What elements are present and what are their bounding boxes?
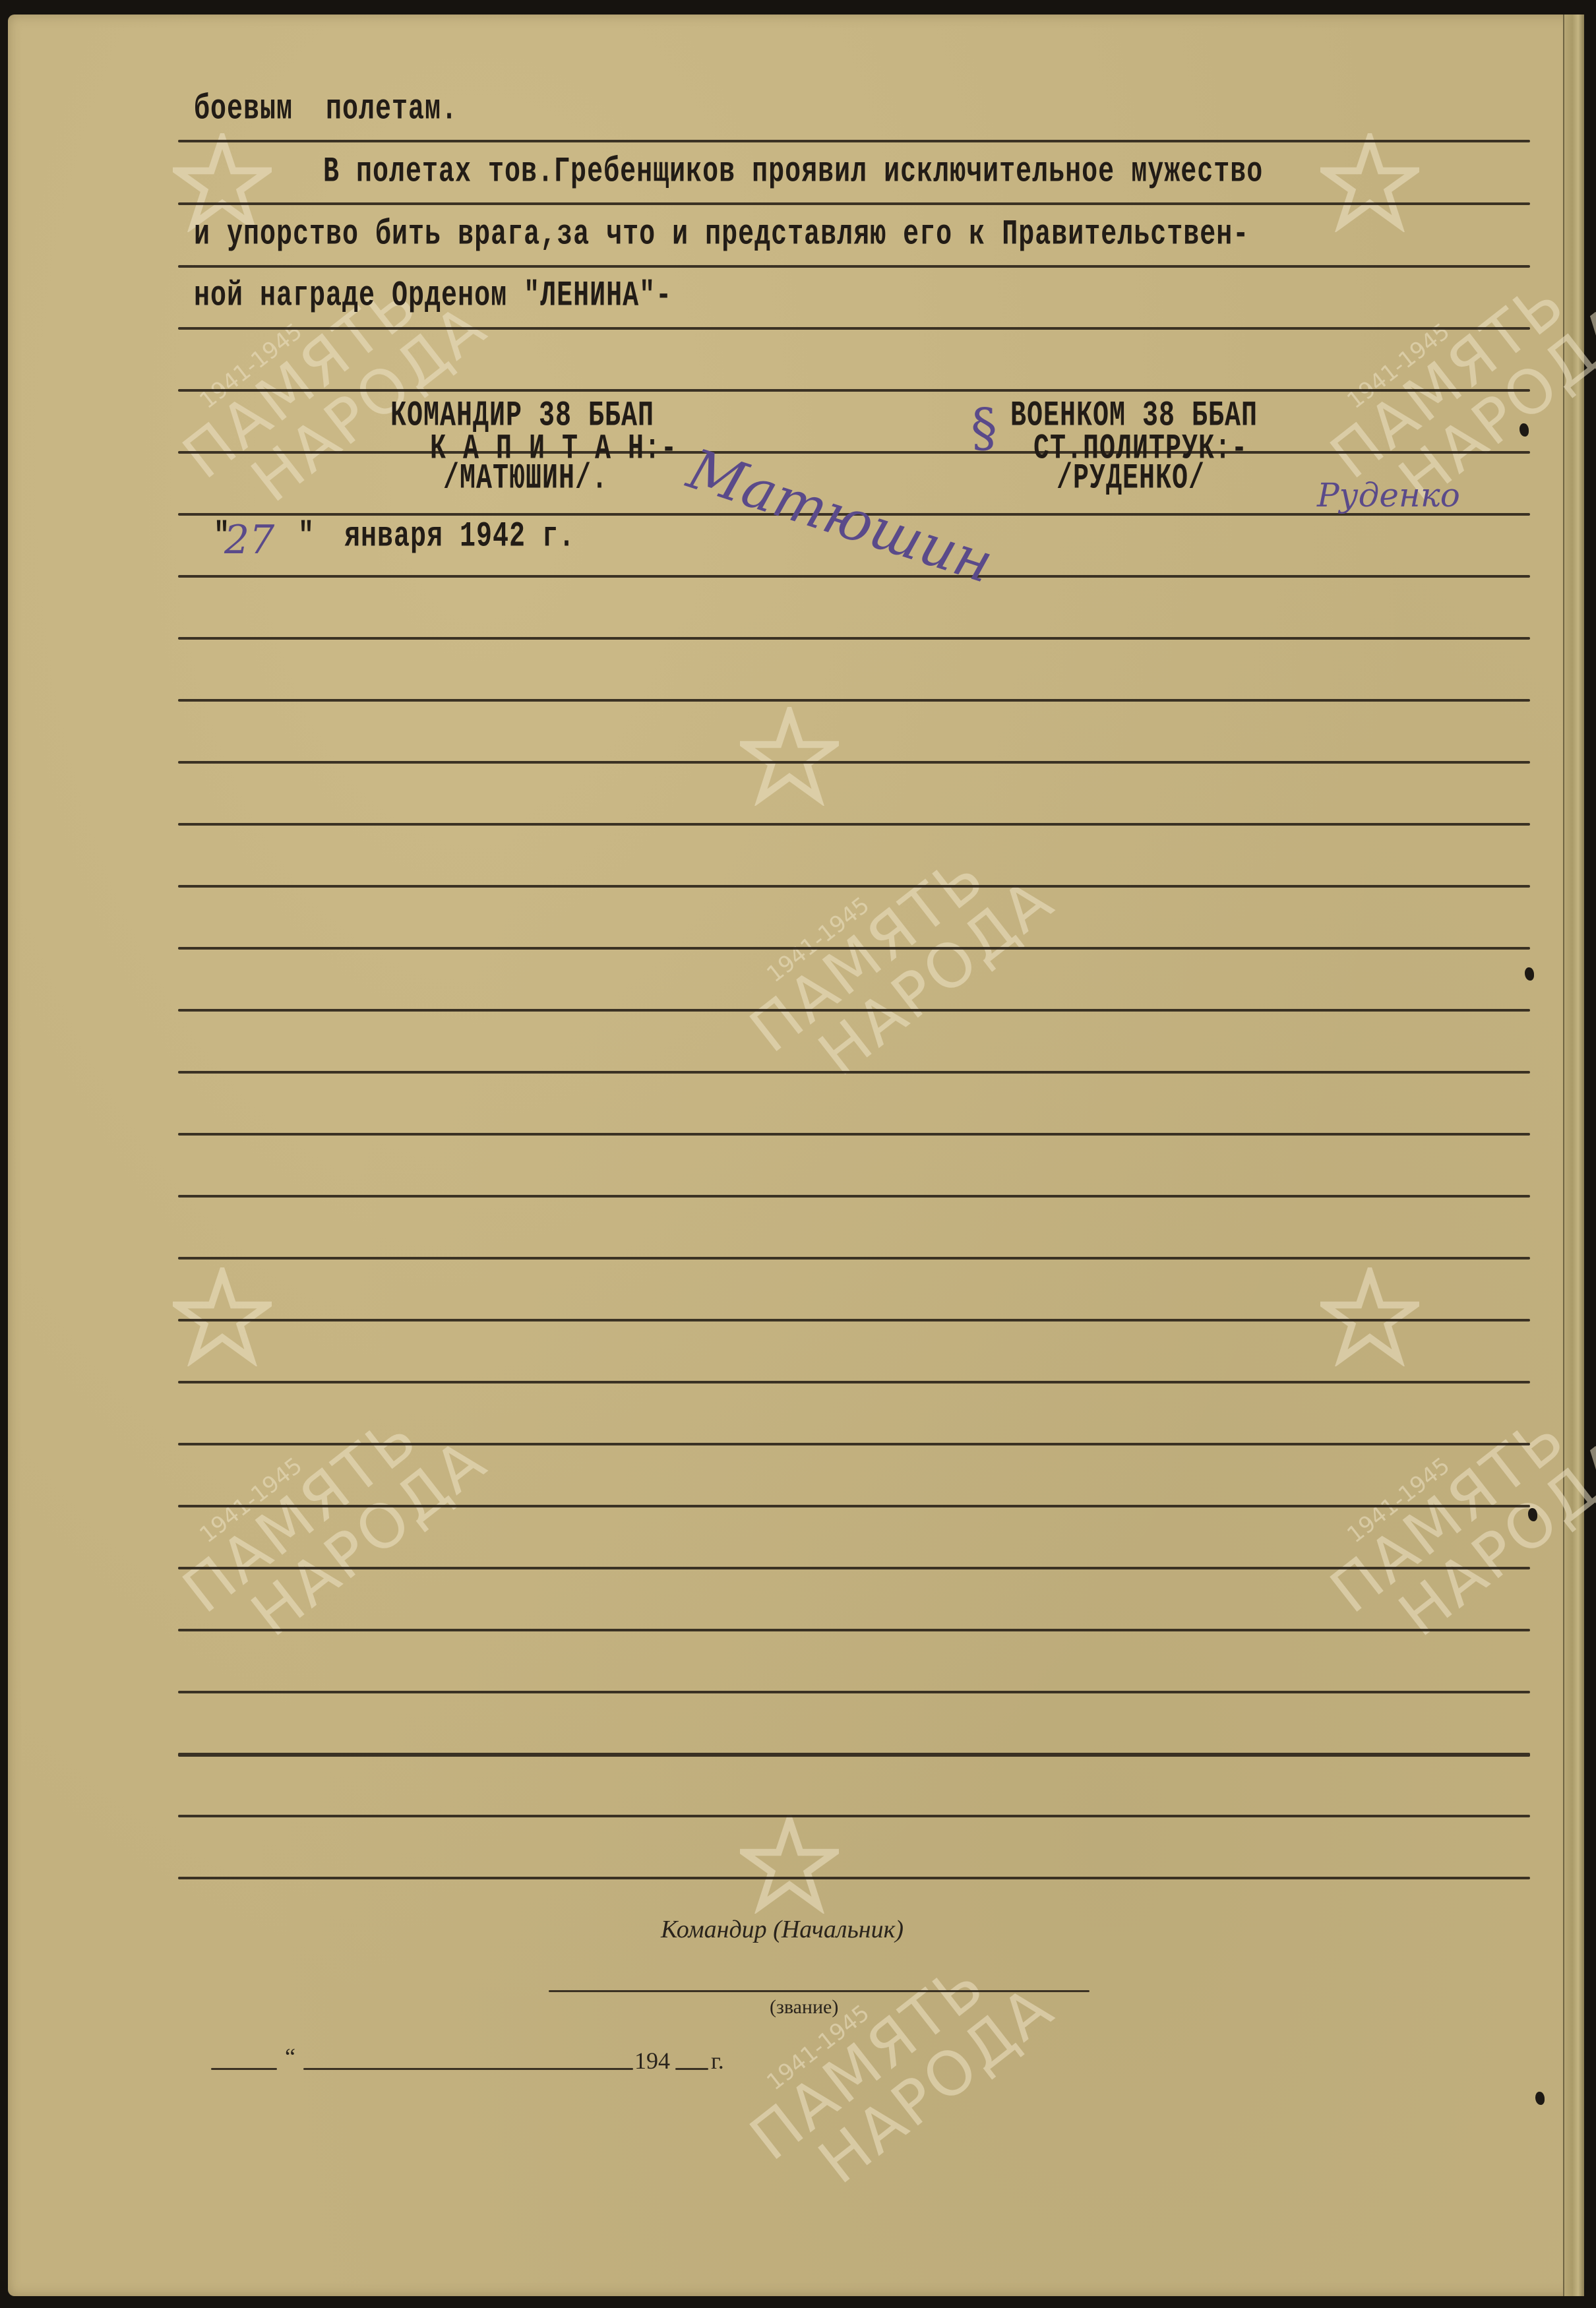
paper-speck xyxy=(1525,967,1534,981)
ruled-line xyxy=(178,451,1530,454)
ruled-line xyxy=(178,1071,1530,1074)
watermark-bottom-left: 1941-1945 ПАМЯТЬ НАРОДА xyxy=(160,1363,497,1671)
commander-chief-label: Командир (Начальник) xyxy=(661,1915,904,1944)
commander-signature: Матюшин xyxy=(681,437,1001,595)
watermark-center: 1941-1945 ПАМЯТЬ НАРОДА xyxy=(727,803,1064,1110)
watermark-star-icon xyxy=(1320,1267,1419,1366)
commissar-signature: Руденко xyxy=(1317,476,1460,514)
ruled-line xyxy=(178,1629,1530,1631)
ruled-line xyxy=(178,699,1530,702)
ruled-line xyxy=(178,761,1530,764)
ruled-line xyxy=(178,1133,1530,1136)
ruled-line xyxy=(178,1505,1530,1507)
date-day-handwritten: 27 xyxy=(224,517,274,563)
body-line-1: боевым полетам. xyxy=(194,90,458,130)
ruled-line xyxy=(178,1319,1530,1321)
ruled-line xyxy=(178,885,1530,888)
date-template-quote: “ xyxy=(285,2043,295,2071)
watermark-star-icon xyxy=(1320,133,1419,232)
date-template-suffix: г. xyxy=(711,2047,724,2075)
watermark-star-icon xyxy=(740,1815,839,1914)
date-quote-close: " xyxy=(298,517,315,557)
ruled-line xyxy=(178,140,1530,142)
ruled-line xyxy=(178,1443,1530,1445)
date-template-year: 194 xyxy=(634,2047,670,2075)
watermark-bottom-right: 1941-1945 ПАМЯТЬ НАРОДА xyxy=(1307,1363,1596,1671)
rank-signature-line xyxy=(549,1990,1090,1992)
paper-speck xyxy=(1535,2092,1545,2105)
ruled-line xyxy=(178,327,1530,330)
ruled-line xyxy=(178,1009,1530,1012)
ruled-line xyxy=(178,1257,1530,1260)
date-day-blank xyxy=(211,2068,277,2070)
ruled-line xyxy=(178,1691,1530,1693)
rank-caption: (звание) xyxy=(770,1996,838,2019)
ruled-line xyxy=(178,823,1530,826)
document-page: 1941-1945 ПАМЯТЬ НАРОДА 1941-1945 ПАМЯТЬ… xyxy=(8,15,1584,2296)
date-month-blank xyxy=(303,2068,633,2070)
paper-speck xyxy=(1528,1508,1537,1521)
paper-speck xyxy=(1519,423,1529,437)
ruled-line xyxy=(178,1381,1530,1383)
ruled-line xyxy=(178,1753,1530,1757)
page-right-edge xyxy=(1563,15,1584,2296)
watermark-star-icon xyxy=(173,1267,272,1366)
date-rest: января 1942 г. xyxy=(344,517,575,557)
ruled-line xyxy=(178,389,1530,392)
ruled-line xyxy=(178,202,1530,205)
ruled-line xyxy=(178,265,1530,268)
ruled-line xyxy=(178,1877,1530,1879)
body-line-3: и упорство бить врага,за что и представл… xyxy=(194,215,1249,255)
date-year-blank xyxy=(675,2068,708,2070)
body-line-4: ной награде Орденом "ЛЕНИНА"- xyxy=(194,276,672,317)
ruled-line xyxy=(178,575,1530,578)
ruled-line xyxy=(178,947,1530,950)
ruled-line xyxy=(178,637,1530,640)
watermark-bottom-center: 1941-1945 ПАМЯТЬ НАРОДА xyxy=(727,1910,1064,2218)
ruled-line xyxy=(178,1567,1530,1569)
ruled-line xyxy=(178,1815,1530,1817)
bracket-mark: § xyxy=(971,397,997,458)
ruled-line xyxy=(178,1195,1530,1198)
body-line-2: В полетах тов.Гребенщиков проявил исключ… xyxy=(323,152,1263,193)
watermark-star-icon xyxy=(740,707,839,806)
commissar-name: /РУДЕНКО/ xyxy=(1057,459,1205,499)
commander-name: /МАТЮШИН/. xyxy=(443,459,608,499)
